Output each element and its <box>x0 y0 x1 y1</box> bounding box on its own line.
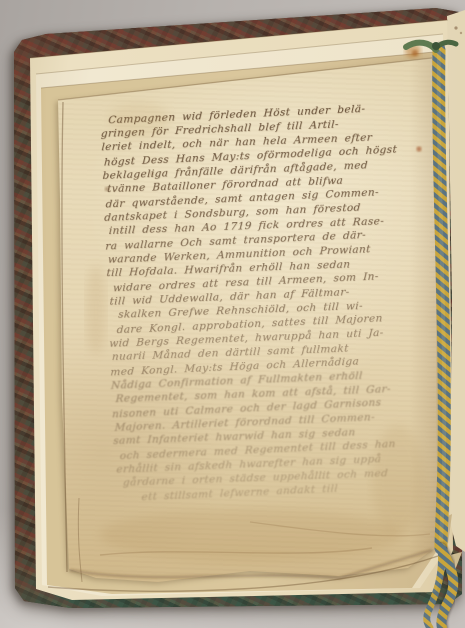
manuscript-scan: Campagnen wid förleden Höst under belä-g… <box>0 0 465 628</box>
handwriting-lines: Campagnen wid förleden Höst under belä-g… <box>100 100 427 504</box>
